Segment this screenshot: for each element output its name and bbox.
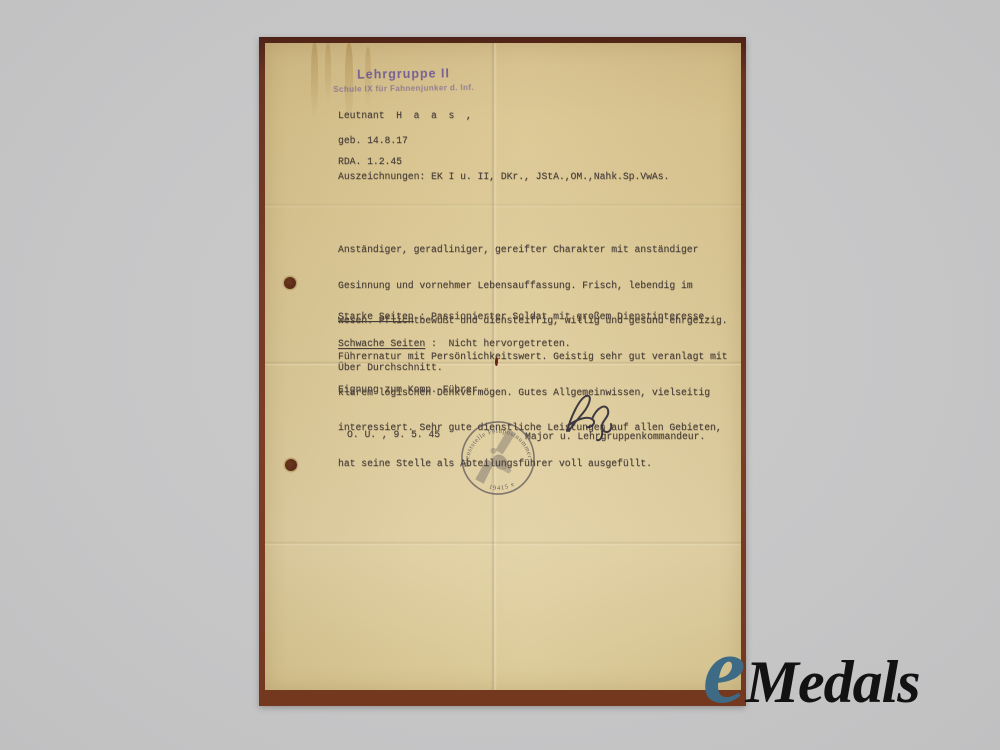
strengths-label: Starke Seiten [338,311,414,322]
horizontal-fold-crease-3 [265,541,741,546]
evaluation-line: Gesinnung und vornehmer Lebensauffassung… [338,280,728,292]
horizontal-fold-crease-1 [265,203,741,208]
round-stamp: Dienststelle Feldpostnummer 19415 e [457,416,539,500]
stain-streak [311,43,318,115]
document-paper: Lehrgruppe II Schule IX für Fahnenjunker… [265,43,741,690]
place-date-line: O. U. , 9. 5. 45 [347,429,440,441]
weaknesses-label: Schwache Seiten [338,338,425,349]
officer-name-line: Leutnant H a a s , [338,110,472,122]
emedals-watermark-logo: eMedals [703,622,920,718]
suitability-line: Eignung zum Komp.-Führer. [338,384,483,396]
overall-rating-line: Über Durchschnitt. [338,362,443,374]
evaluation-line: Anständiger, geradliniger, gereifter Cha… [338,244,728,256]
photo-background: Lehrgruppe II Schule IX für Fahnenjunker… [0,0,1000,750]
unit-stamp-line2: Schule IX für Fahnenjunker d. Inf. [333,83,474,94]
birth-date-line: geb. 14.8.17 [338,135,408,147]
stain-streak [325,43,331,101]
weaknesses-text: : Nicht hervorgetreten. [425,338,570,349]
unit-stamp-line1: Lehrgruppe II [357,66,450,81]
logo-e: e [703,622,744,718]
punch-hole-top [284,277,296,289]
strengths-line: Starke Seiten : Passionierter Soldat mit… [338,311,710,323]
awards-line: Auszeichnungen: EK I u. II, DKr., JStA.,… [338,171,669,183]
signature [553,391,629,445]
logo-medals: Medals [746,652,920,712]
punch-hole-bottom [285,459,297,471]
weaknesses-line: Schwache Seiten : Nicht hervorgetreten. [338,338,571,350]
rda-line: RDA. 1.2.45 [338,156,402,168]
strengths-text: : Passionierter Soldat mit großem Dienst… [414,311,711,322]
